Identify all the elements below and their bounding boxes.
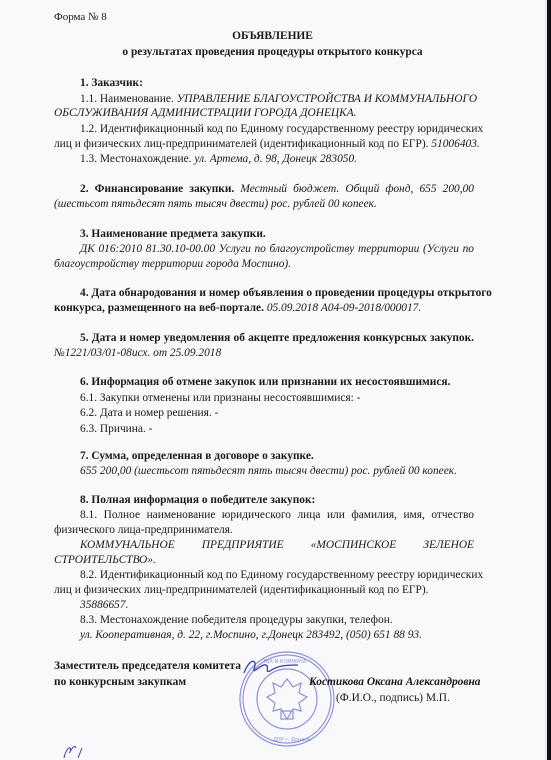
document-subtitle: о результатах проведения процедуры откры… (0, 45, 545, 59)
section-1-2-line2: лиц и физических лиц-предпринимателей (и… (54, 137, 480, 151)
signatory-position-cont: по конкурсным закупкам (54, 675, 186, 689)
winner-address: ул. Кооперативная, д. 22, г.Моспино, г.Д… (80, 628, 422, 642)
section-2-heading: 2. Финансирование закупки. (80, 183, 234, 195)
section-8-1-line1: 8.1. Полное наименование юридического ли… (80, 508, 474, 522)
svg-text:ДНР г. Донецк: ДНР г. Донецк (273, 737, 311, 743)
section-4-heading-line1: 4. Дата обнародования и номер объявления… (80, 286, 474, 300)
document-title: ОБЪЯВЛЕНИЕ (0, 29, 545, 43)
section-2-line1: 2. Финансирование закупки. Местный бюдже… (80, 182, 474, 196)
signatory-name: Костикова Оксана Александровна (309, 675, 480, 689)
signature-icon (240, 655, 300, 680)
section-8-2-line2: лиц и физических лиц-предпринимателей (и… (54, 583, 428, 597)
section-1-2-line1: 1.2. Идентификационный код по Единому го… (80, 122, 474, 136)
subject-line2: благоустройству территории города Моспин… (54, 257, 291, 271)
winner-name-cont: СТРОИТЕЛЬСТВО». (54, 553, 156, 567)
section-6-heading: 6. Информация об отмене закупок или приз… (80, 375, 450, 389)
customer-name-cont: ОБСЛУЖИВАНИЯ АДМИНИСТРАЦИИ ГОРОДА ДОНЕЦК… (54, 106, 357, 120)
section-1-3: 1.3. Местонахождение. ул. Артема, д. 98,… (80, 152, 357, 166)
customer-code: 51006403. (431, 138, 479, 150)
section-4-line2: конкурса, размещенного на веб-портале. 0… (54, 301, 421, 315)
section-5-heading: 5. Дата и номер уведомления об акцепте п… (80, 331, 474, 345)
signatory-position: Заместитель председателя комитета (54, 659, 241, 673)
section-1-1-label: 1.1. Наименование. (80, 93, 174, 105)
scan-edge (545, 0, 551, 760)
signature-caption: (Ф.И.О., подпись) М.П. (336, 691, 450, 705)
section-3-heading: 3. Наименование предмета закупки. (80, 227, 266, 241)
winner-name: КОММУНАЛЬНОЕ ПРЕДПРИЯТИЕ «МОСПИНСКОЕ ЗЕЛ… (80, 538, 474, 552)
section-8-3: 8.3. Местонахождение победителя процедур… (80, 613, 393, 627)
subject-line1: ДК 016:2010 81.30.10-00.00 Услуги по бла… (80, 242, 474, 256)
acceptance-number: №1221/03/01-08исх. от 25.09.2018 (54, 346, 221, 360)
document-page: Форма № 8 ОБЪЯВЛЕНИЕ о результатах прове… (0, 0, 545, 760)
form-number: Форма № 8 (54, 10, 107, 24)
section-8-heading: 8. Полная информация о победителе закупо… (80, 493, 315, 507)
section-1-1: 1.1. Наименование. УПРАВЛЕНИЕ БЛАГОУСТРО… (80, 92, 474, 106)
section-7-heading: 7. Сумма, определенная в договоре о заку… (80, 449, 314, 463)
funding-value: Местный бюджет. Общий фонд, 655 200,00 (240, 183, 474, 195)
winner-code: 35886657. (80, 598, 128, 612)
section-6-3: 6.3. Причина. - (80, 422, 152, 436)
contract-sum: 655 200,00 (шестьсот пятьдесят пять тыся… (80, 464, 457, 478)
customer-address: ул. Артема, д. 98, Донецк 283050. (194, 153, 357, 165)
funding-value-cont: (шестьсот пятьдесят пять тысяч двести) р… (54, 197, 377, 211)
section-8-1-line2: физического лица-предпринимателя. (54, 523, 233, 537)
announcement-number: 05.09.2018 А04-09-2018/000017. (267, 302, 421, 314)
initials-icon (62, 738, 86, 760)
section-6-1: 6.1. Закупки отменены или признаны несос… (80, 391, 360, 405)
section-8-2-line1: 8.2. Идентификационный код по Единому го… (80, 568, 474, 582)
section-1-heading: 1. Заказчик: (80, 76, 143, 90)
customer-name: УПРАВЛЕНИЕ БЛАГОУСТРОЙСТВА И КОММУНАЛЬНО… (177, 93, 477, 105)
section-6-2: 6.2. Дата и номер решения. - (80, 406, 218, 420)
